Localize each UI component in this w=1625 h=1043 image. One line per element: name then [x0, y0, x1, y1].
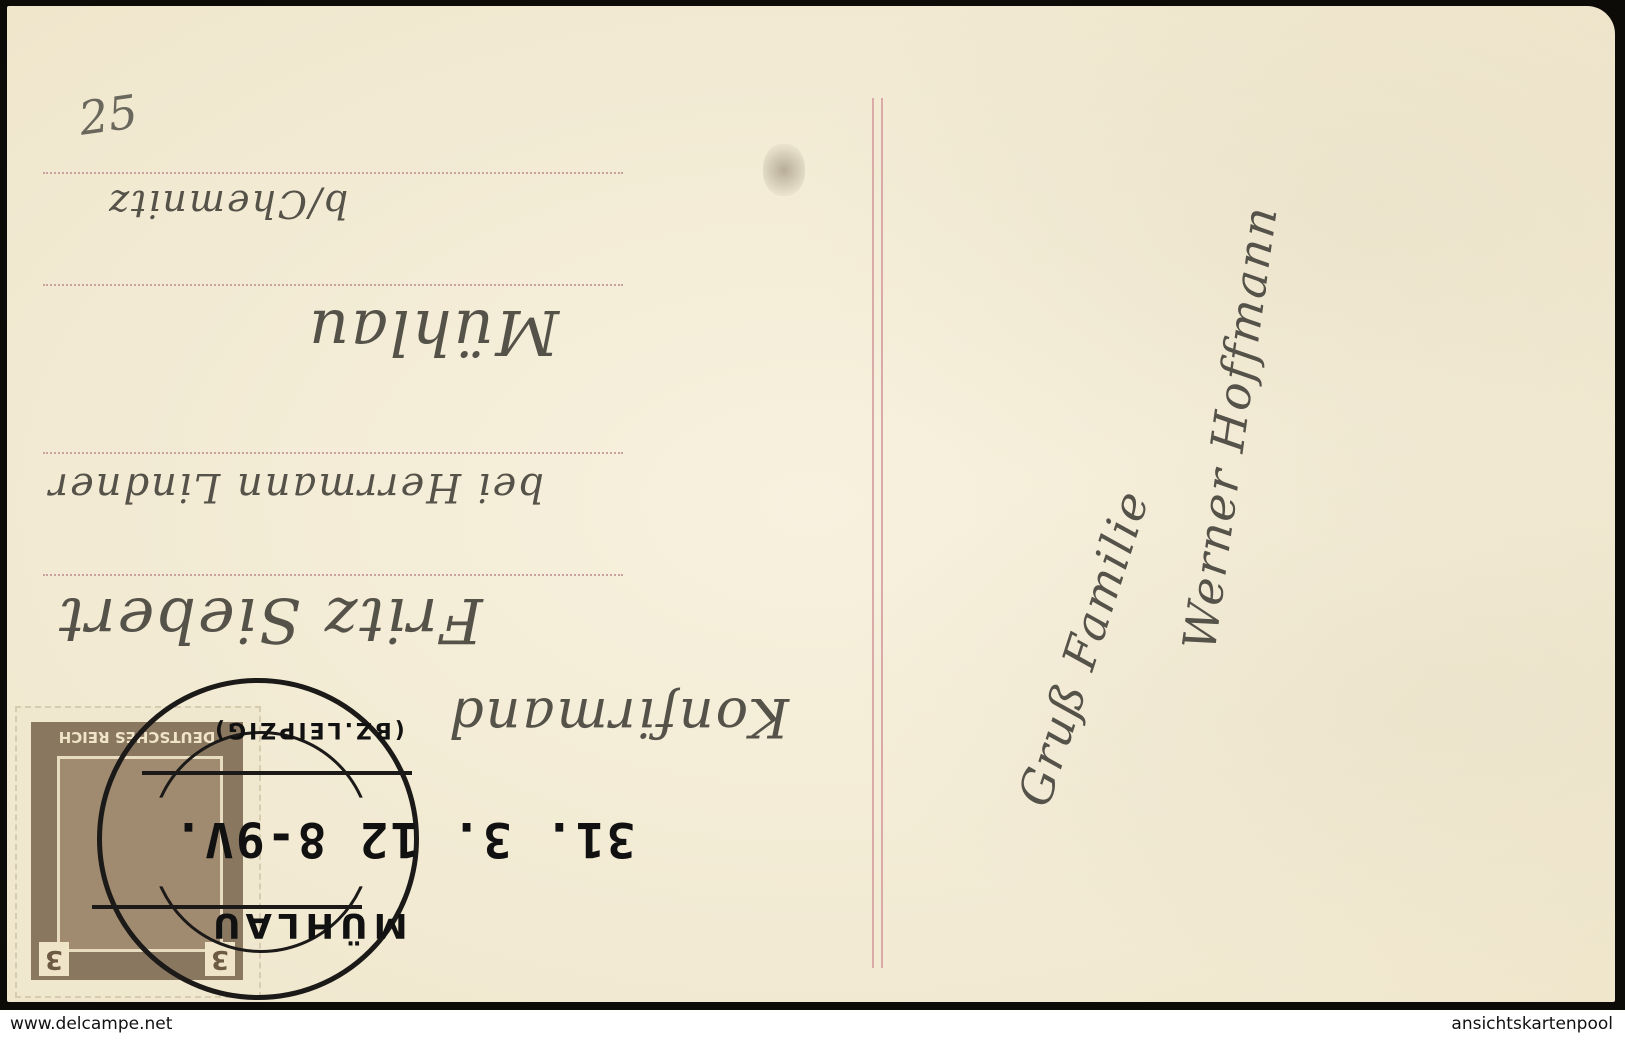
postcard-image: 25 Konfirmand Fritz Siebert bei Herrmann…	[0, 0, 1625, 1010]
paper-stain	[763, 144, 805, 196]
pencil-number: 25	[76, 84, 141, 146]
handwriting-line: Gruß Familie	[1007, 483, 1160, 813]
handwriting-line: Fritz Siebert	[57, 584, 483, 657]
handwriting-line: Mühlau	[307, 296, 559, 369]
watermark-ansichtskartenpool: ansichtskartenpool	[1451, 1014, 1613, 1034]
stamp-value: 3	[39, 942, 69, 976]
postmark-bar	[142, 771, 412, 775]
handwriting-line: bei Herrmann Lindner	[47, 464, 544, 510]
postmark: (BZ.LEIPZIG) 31. 3. 12 8-9V. MÜHLAU	[97, 678, 419, 1000]
postcard-paper: 25 Konfirmand Fritz Siebert bei Herrmann…	[7, 6, 1615, 1002]
divider-line	[872, 98, 874, 968]
postmark-town: MÜHLAU	[207, 905, 407, 945]
postmark-district: (BZ.LEIPZIG)	[212, 717, 405, 742]
postmark-date: 31. 3. 12 8-9V.	[172, 811, 635, 867]
handwriting-line: b/Chemnitz	[107, 182, 348, 226]
address-line	[43, 574, 623, 576]
address-line	[43, 452, 623, 454]
divider-line	[881, 98, 883, 968]
address-line	[43, 172, 623, 174]
handwriting-line: Konfirmand	[447, 686, 789, 749]
watermark-delcampe: www.delcampe.net	[10, 1014, 172, 1034]
handwriting-line: Werner Hoffmann	[1172, 202, 1288, 654]
address-line	[43, 284, 623, 286]
